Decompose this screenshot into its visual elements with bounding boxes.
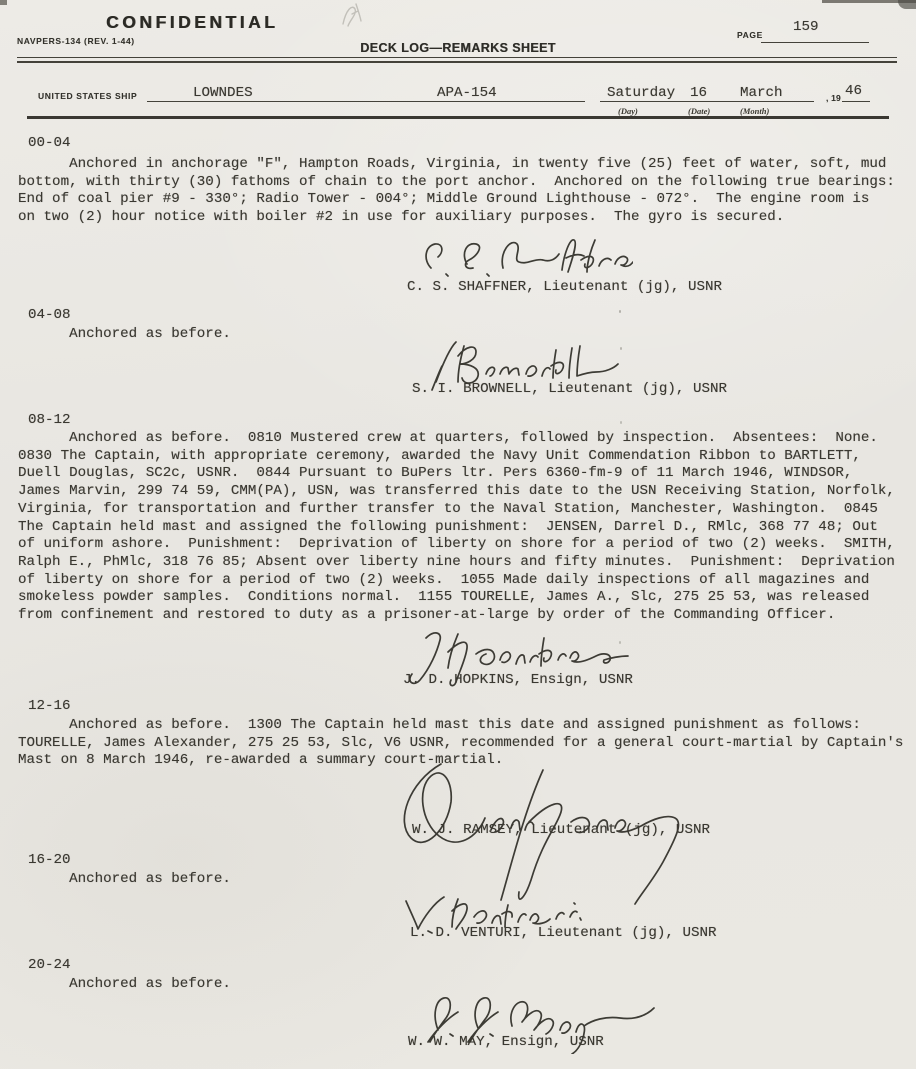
entry-text-0004: Anchored in anchorage "F", Hampton Roads…	[18, 156, 895, 227]
header-heavy-rule	[27, 116, 889, 119]
entry-text-2024: Anchored as before.	[18, 976, 231, 994]
scan-speck	[619, 310, 621, 313]
watch-label-1620: 16-20	[28, 852, 71, 870]
scan-speck	[620, 421, 622, 424]
header-rule-thick	[17, 61, 897, 63]
signature-brownell-typed: S. I. BROWNELL, Lieutenant (jg), USNR	[412, 381, 727, 399]
signature-shaffner-typed: C. S. SHAFFNER, Lieutenant (jg), USNR	[407, 279, 722, 297]
classification-stamp: CONFIDENTIAL	[106, 12, 278, 33]
entry-text-0408: Anchored as before.	[18, 326, 231, 344]
watch-label-1216: 12-16	[28, 698, 71, 716]
watch-label-0004: 00-04	[28, 135, 71, 153]
ship-name-underline	[147, 101, 585, 102]
scan-corner-top-left	[0, 0, 7, 5]
pencil-smudge-mark	[336, 0, 366, 30]
year-value: 46	[845, 83, 862, 101]
watch-label-0408: 04-08	[28, 307, 71, 325]
ship-label: UNITED STATES SHIP	[38, 91, 137, 101]
signature-venturi-typed: L. D. VENTURI, Lieutenant (jg), USNR	[410, 925, 717, 943]
page-number-underline	[761, 42, 869, 43]
signature-may-typed: W. W. MAY, Ensign, USNR	[408, 1034, 604, 1052]
signature-hopkins-typed: J. D. HOPKINS, Ensign, USNR	[403, 672, 633, 690]
watch-label-0812: 08-12	[28, 412, 71, 430]
deck-log-page: CONFIDENTIAL NAVPERS-134 (REV. 1-44) DEC…	[0, 0, 916, 1069]
header-rule-thin	[17, 57, 897, 58]
entry-text-0812: Anchored as before. 0810 Mustered crew a…	[18, 430, 895, 625]
page-number: 159	[793, 19, 819, 37]
signature-ramsey-typed: W. J. RAMSEY, Lieutenant (jg), USNR	[412, 822, 710, 840]
scan-corner-top-right	[898, 0, 916, 9]
watch-label-2024: 20-24	[28, 957, 71, 975]
month-caption: (Month)	[740, 106, 769, 116]
page-label: PAGE	[737, 30, 763, 40]
day-caption: (Day)	[618, 106, 638, 116]
year-underline	[842, 101, 870, 102]
entry-text-1620: Anchored as before.	[18, 871, 231, 889]
year-preprint: , 19	[826, 93, 841, 103]
date-caption: (Date)	[688, 106, 710, 116]
date-row-underline	[600, 101, 814, 102]
